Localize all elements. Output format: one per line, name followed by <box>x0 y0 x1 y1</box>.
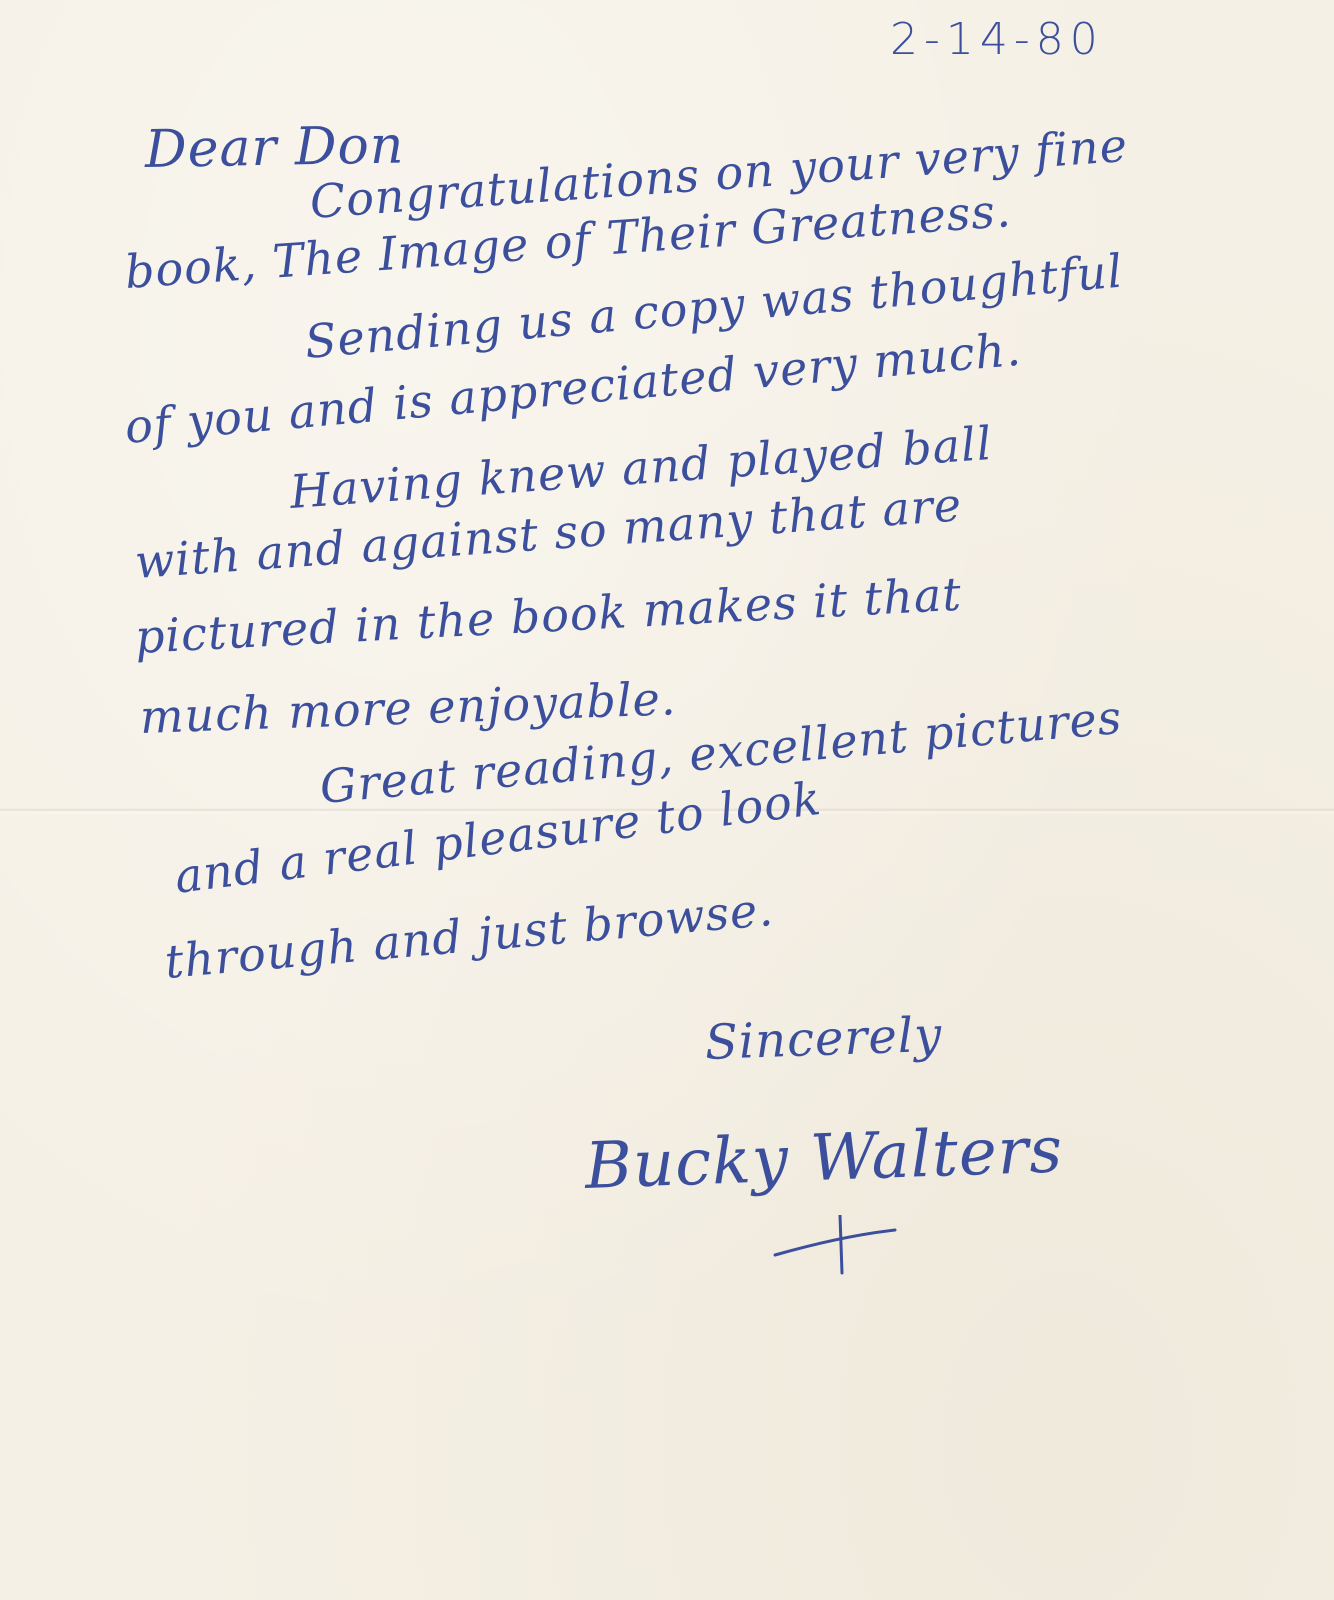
letter-date: 2-14-80 <box>890 14 1104 65</box>
body-line: much more enjoyable. <box>139 671 677 744</box>
body-line: through and just browse. <box>163 882 776 989</box>
signature-flourish-icon <box>770 1215 900 1275</box>
closing: Sincerely <box>704 1007 943 1071</box>
letter-page: 2-14-80 Dear Don Congratulations on your… <box>0 0 1334 1600</box>
signature: Bucky Walters <box>584 1113 1065 1204</box>
body-line: pictured in the book makes it that <box>134 567 963 664</box>
